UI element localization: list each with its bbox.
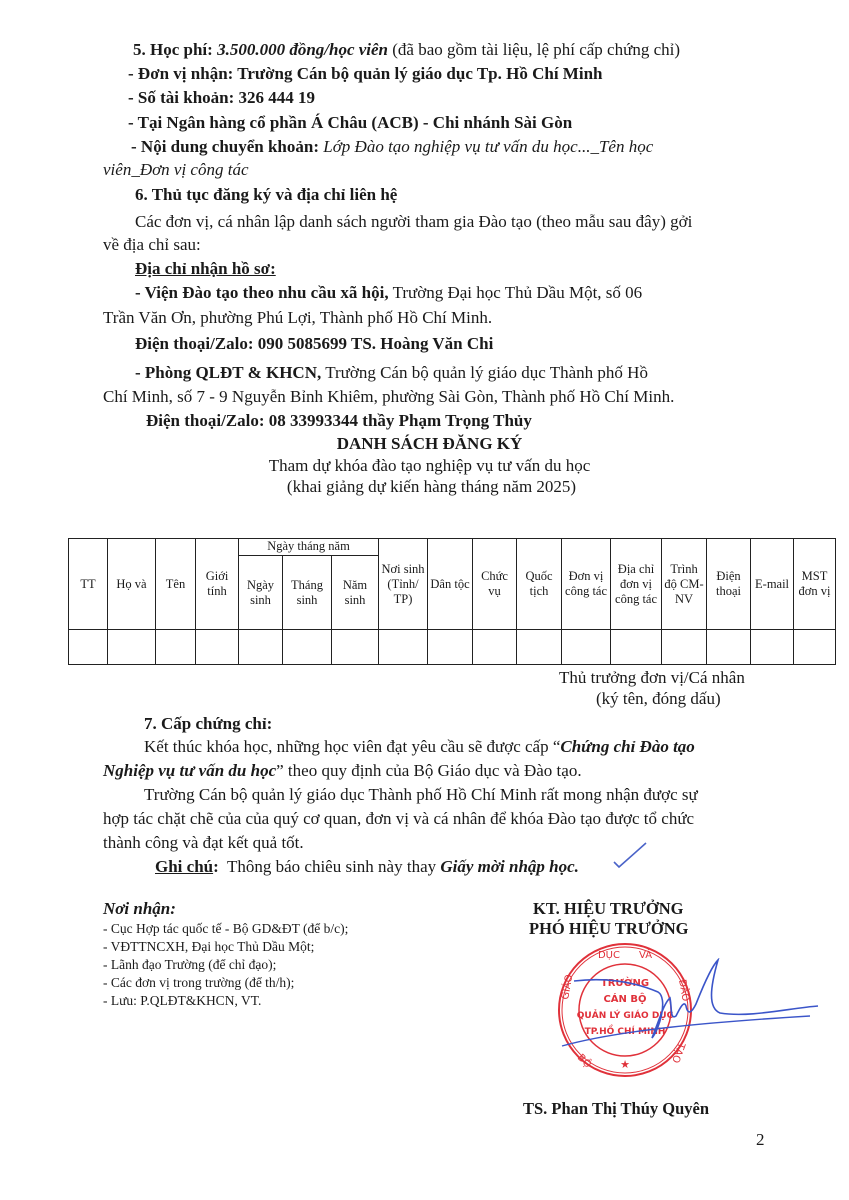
section6-title: 6. Thủ tục đăng ký và địa chỉ liên hệ [135, 185, 397, 205]
signature-title-2: PHÓ HIỆU TRƯỞNG [529, 919, 689, 939]
col-noi-sinh: Nơi sinh (Tỉnh/ TP) [379, 539, 428, 630]
transfer-content-line: - Nội dung chuyển khoản: Lớp Đào tạo ngh… [131, 137, 653, 157]
address-heading: Địa chỉ nhận hồ sơ: [135, 259, 276, 279]
bank-name: - Tại Ngân hàng cổ phần Á Châu (ACB) - C… [128, 113, 572, 133]
col-dia-chi: Địa chỉ đơn vị công tác [611, 539, 662, 630]
handwritten-signature-icon [560, 958, 820, 1058]
col-trinh-do: Trình độ CM-NV [662, 539, 707, 630]
col-nam-sinh: Năm sinh [332, 556, 379, 630]
phone-2: Điện thoại/Zalo: 08 33993344 thầy Phạm T… [146, 411, 532, 431]
section7-p2-end: thành công và đạt kết quả tốt. [103, 833, 304, 853]
col-mst: MST đơn vị [794, 539, 836, 630]
address-1-detail: Trường Đại học Thủ Dầu Một, số 06 [389, 283, 643, 302]
col-tt: TT [69, 539, 108, 630]
table-signer-note: (ký tên, đóng dấu) [596, 689, 721, 709]
recipient-item: - Các đơn vị trong trường (để th/h); [103, 974, 348, 992]
table-signer: Thủ trưởng đơn vị/Cá nhân [559, 668, 745, 688]
note-emphasis: Giấy mời nhập học. [440, 857, 579, 876]
address-2-detail: Trường Cán bộ quản lý giáo dục Thành phố… [321, 363, 648, 382]
transfer-content: Lớp Đào tạo nghiệp vụ tư vấn du học..._T… [323, 137, 653, 156]
fee-amount: 3.500.000 đồng/học viên [217, 40, 388, 59]
col-ngay-sinh: Ngày sinh [239, 556, 283, 630]
address-1-org: - Viện Đào tạo theo nhu cầu xã hội, [135, 283, 389, 302]
registration-title: DANH SÁCH ĐĂNG KÝ [0, 434, 849, 454]
table-row [69, 630, 836, 665]
section5-title: 5. Học phí: [133, 40, 213, 59]
recipients-title: Nơi nhận: [103, 900, 348, 918]
section7-p1-text: Kết thúc khóa học, những học viên đạt yê… [144, 737, 560, 756]
col-dan-toc: Dân tộc [428, 539, 473, 630]
col-don-vi: Đơn vị công tác [562, 539, 611, 630]
checkmark-icon [612, 840, 648, 870]
recipients-block: Nơi nhận: - Cục Hợp tác quốc tế - Bộ GD&… [103, 900, 348, 1010]
phone-1: Điện thoại/Zalo: 090 5085699 TS. Hoàng V… [135, 334, 493, 354]
address-1-cont: Trần Văn Ơn, phường Phú Lợi, Thành phố H… [103, 308, 492, 328]
section7-p1-end: ” theo quy định của Bộ Giáo dục và Đào t… [276, 761, 581, 780]
recipient-item: - Cục Hợp tác quốc tế - Bộ GD&ĐT (để b/c… [103, 920, 348, 938]
table-header-row: TT Họ và Tên Giới tính Ngày tháng năm Nơ… [69, 539, 836, 556]
transfer-content-cont: viên_Đơn vị công tác [103, 160, 249, 180]
col-thang-sinh: Tháng sinh [283, 556, 332, 630]
col-group-ngay-thang-nam: Ngày tháng năm [239, 539, 379, 556]
col-quoc-tich: Quốc tịch [517, 539, 562, 630]
col-gioi-tinh: Giới tính [196, 539, 239, 630]
address-2-org: - Phòng QLĐT & KHCN, [135, 363, 321, 382]
note-label: Ghi chú [155, 857, 213, 876]
note-line: Ghi chú: Thông báo chiêu sinh này thay G… [155, 857, 579, 877]
section7-p2: Trường Cán bộ quản lý giáo dục Thành phố… [144, 785, 698, 805]
fee-note: (đã bao gồm tài liệu, lệ phí cấp chứng c… [392, 40, 680, 59]
recipient-item: - VĐTTNCXH, Đại học Thủ Dầu Một; [103, 938, 348, 956]
col-chuc-vu: Chức vụ [473, 539, 517, 630]
col-ho-va: Họ và [108, 539, 156, 630]
section7-p1-cont: Nghiệp vụ tư vấn du học” theo quy định c… [103, 761, 582, 781]
section7-title: 7. Cấp chứng chỉ: [144, 714, 272, 734]
recipient-unit: - Đơn vị nhận: Trường Cán bộ quản lý giá… [128, 64, 602, 84]
registration-subtitle-2: (khai giảng dự kiến hàng tháng năm 2025) [0, 477, 849, 497]
section6-intro: Các đơn vị, cá nhân lập danh sách người … [135, 212, 692, 232]
fee-line: 5. Học phí: 3.500.000 đồng/học viên (đã … [133, 40, 680, 60]
col-email: E-mail [751, 539, 794, 630]
address-2-cont: Chí Minh, số 7 - 9 Nguyễn Bỉnh Khiêm, ph… [103, 387, 674, 407]
col-ten: Tên [156, 539, 196, 630]
section6-intro-cont: về địa chỉ sau: [103, 235, 201, 255]
col-dien-thoai: Điện thoại [707, 539, 751, 630]
address-1: - Viện Đào tạo theo nhu cầu xã hội, Trườ… [135, 283, 642, 303]
account-number: - Số tài khoản: 326 444 19 [128, 88, 315, 108]
signature-title-1: KT. HIỆU TRƯỞNG [533, 899, 684, 919]
registration-subtitle: Tham dự khóa đào tạo nghiệp vụ tư vấn du… [0, 456, 849, 476]
note-text: Thông báo chiêu sinh này thay [219, 857, 441, 876]
registration-table: TT Họ và Tên Giới tính Ngày tháng năm Nơ… [68, 538, 836, 665]
page-number: 2 [756, 1130, 765, 1150]
signer-name: TS. Phan Thị Thúy Quyên [523, 1099, 709, 1119]
address-2: - Phòng QLĐT & KHCN, Trường Cán bộ quản … [135, 363, 648, 383]
recipient-item: - Lãnh đạo Trường (để chỉ đạo); [103, 956, 348, 974]
svg-text:★: ★ [620, 1059, 630, 1071]
certificate-name-cont: Nghiệp vụ tư vấn du học [103, 761, 276, 780]
recipient-item: - Lưu: P.QLĐT&KHCN, VT. [103, 992, 348, 1010]
certificate-name: Chứng chỉ Đào tạo [560, 737, 694, 756]
transfer-label: - Nội dung chuyển khoản: [131, 137, 319, 156]
section7-p1: Kết thúc khóa học, những học viên đạt yê… [144, 737, 695, 757]
section7-p2-cont: hợp tác chặt chẽ của của quý cơ quan, đơ… [103, 809, 694, 829]
